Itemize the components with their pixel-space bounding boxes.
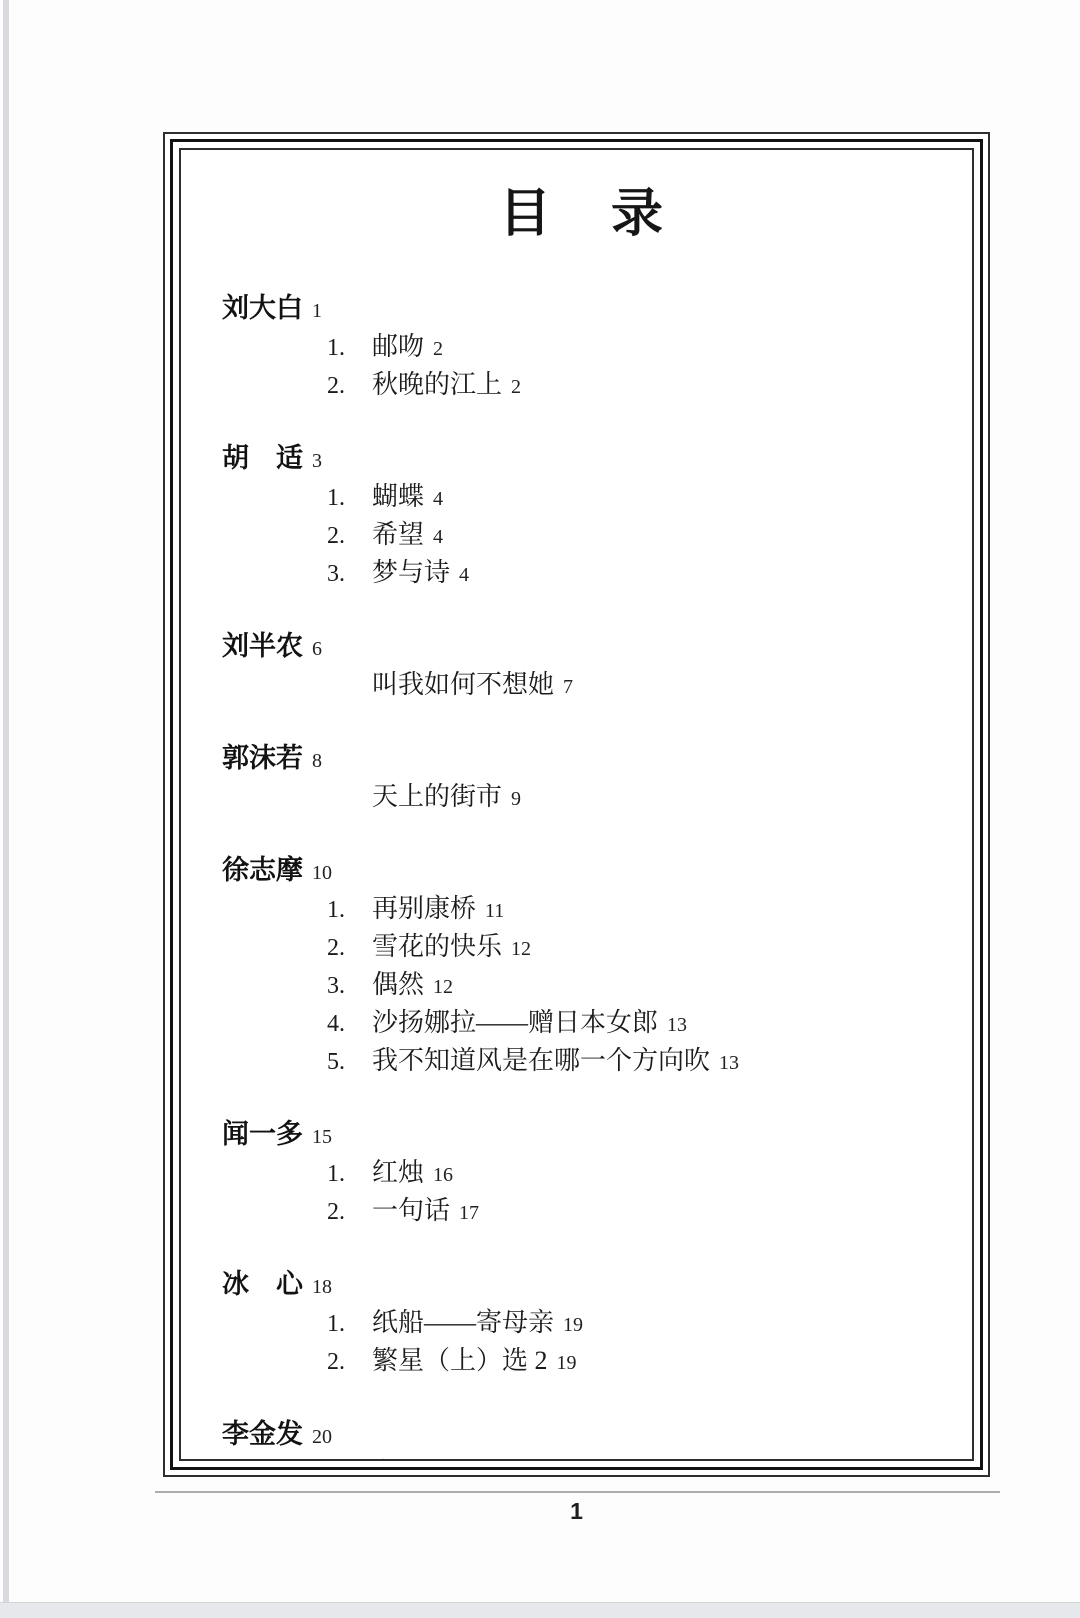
author-name: 刘大白 — [222, 293, 303, 323]
author-name: 徐志摩 — [222, 855, 303, 885]
author-name: 李金发 — [222, 1419, 303, 1449]
poem-number: 2. — [327, 369, 372, 403]
page-bottom-edge-shadow — [0, 1602, 1080, 1618]
toc-section: 冰 心18 1.纸船——寄母亲19 2.繁星（上）选 219 — [222, 1267, 944, 1382]
author-line: 刘半农6 — [222, 629, 944, 668]
poem-number: 1. — [327, 331, 372, 365]
toc-section: 徐志摩10 1.再别康桥11 2.雪花的快乐12 3.偶然12 4.沙扬娜拉——… — [222, 853, 944, 1082]
poem-title: 再别康桥 — [372, 894, 476, 923]
poem-line: 2.秋晚的江上2 — [222, 368, 944, 406]
poem-page-number: 12 — [433, 976, 453, 998]
toc-section: 李金发20 春城21 — [222, 1417, 944, 1461]
poem-line: 3.梦与诗4 — [222, 556, 944, 594]
toc-section: 刘半农6 叫我如何不想她7 — [222, 629, 944, 706]
toc-frame-middle-border: 目 录 刘大白1 1.邮吻2 2.秋晚的江上2 胡 适3 1.蝴蝶4 2.希望4… — [170, 139, 983, 1470]
author-line: 闻一多15 — [222, 1117, 944, 1156]
toc-section: 胡 适3 1.蝴蝶4 2.希望4 3.梦与诗4 — [222, 441, 944, 594]
poem-page-number: 19 — [557, 1352, 577, 1374]
poem-title: 梦与诗 — [372, 558, 450, 587]
author-page-number: 20 — [312, 1426, 332, 1448]
author-line: 刘大白1 — [222, 291, 944, 330]
author-page-number: 6 — [312, 638, 322, 660]
poem-title: 天上的街市 — [372, 782, 502, 811]
author-line: 徐志摩10 — [222, 853, 944, 892]
poem-title: 蝴蝶 — [372, 482, 424, 511]
author-line: 胡 适3 — [222, 441, 944, 480]
toc-frame: 目 录 刘大白1 1.邮吻2 2.秋晚的江上2 胡 适3 1.蝴蝶4 2.希望4… — [163, 132, 990, 1477]
poem-title: 雪花的快乐 — [372, 932, 502, 961]
author-page-number: 15 — [312, 1126, 332, 1148]
poem-title: 春城 — [372, 1458, 424, 1461]
author-name: 郭沫若 — [222, 743, 303, 773]
poem-page-number: 19 — [563, 1314, 583, 1336]
poem-line: 1.蝴蝶4 — [222, 480, 944, 518]
poem-line: 2.一句话17 — [222, 1194, 944, 1232]
poem-title: 我不知道风是在哪一个方向吹 — [372, 1046, 710, 1075]
author-name: 冰 心 — [222, 1269, 303, 1299]
toc-list: 刘大白1 1.邮吻2 2.秋晚的江上2 胡 适3 1.蝴蝶4 2.希望4 3.梦… — [222, 291, 944, 1461]
poem-number: 4. — [327, 1007, 372, 1041]
poem-number: 1. — [327, 1307, 372, 1341]
poem-title: 红烛 — [372, 1158, 424, 1187]
poem-number: 1. — [327, 481, 372, 515]
poem-line: 1.红烛16 — [222, 1156, 944, 1194]
poem-page-number: 13 — [667, 1014, 687, 1036]
poem-page-number: 2 — [511, 376, 521, 398]
author-line: 郭沫若8 — [222, 741, 944, 780]
poem-title: 叫我如何不想她 — [372, 670, 554, 699]
poem-line: 天上的街市9 — [222, 780, 944, 818]
poem-page-number: 4 — [433, 526, 443, 548]
poem-title: 偶然 — [372, 970, 424, 999]
page-number: 1 — [163, 1498, 990, 1525]
page-left-edge-shadow — [3, 0, 9, 1618]
poem-page-number: 16 — [433, 1164, 453, 1186]
toc-section: 闻一多15 1.红烛16 2.一句话17 — [222, 1117, 944, 1232]
toc-section: 郭沫若8 天上的街市9 — [222, 741, 944, 818]
toc-title: 目 录 — [222, 187, 944, 243]
poem-page-number: 11 — [485, 900, 504, 922]
poem-line: 2.雪花的快乐12 — [222, 930, 944, 968]
poem-title: 纸船——寄母亲 — [372, 1308, 554, 1337]
poem-page-number: 2 — [433, 338, 443, 360]
poem-title: 希望 — [372, 520, 424, 549]
author-name: 刘半农 — [222, 631, 303, 661]
poem-number: 1. — [327, 893, 372, 927]
toc-frame-inner-border: 目 录 刘大白1 1.邮吻2 2.秋晚的江上2 胡 适3 1.蝴蝶4 2.希望4… — [179, 148, 974, 1461]
poem-number: 2. — [327, 1195, 372, 1229]
author-page-number: 10 — [312, 862, 332, 884]
author-line: 冰 心18 — [222, 1267, 944, 1306]
poem-title: 邮吻 — [372, 332, 424, 361]
author-page-number: 8 — [312, 750, 322, 772]
poem-title: 繁星（上）选 2 — [372, 1346, 548, 1375]
poem-line: 2.繁星（上）选 219 — [222, 1344, 944, 1382]
poem-page-number: 4 — [433, 488, 443, 510]
poem-number: 2. — [327, 1345, 372, 1379]
author-line: 李金发20 — [222, 1417, 944, 1456]
poem-line: 3.偶然12 — [222, 968, 944, 1006]
poem-line: 1.邮吻2 — [222, 330, 944, 368]
poem-page-number: 12 — [511, 938, 531, 960]
poem-line: 叫我如何不想她7 — [222, 668, 944, 706]
poem-number: 2. — [327, 519, 372, 553]
poem-page-number: 4 — [459, 564, 469, 586]
author-page-number: 18 — [312, 1276, 332, 1298]
poem-line: 1.再别康桥11 — [222, 892, 944, 930]
poem-number: 2. — [327, 931, 372, 965]
poem-page-number: 17 — [459, 1202, 479, 1224]
poem-page-number: 7 — [563, 676, 573, 698]
poem-number: 3. — [327, 557, 372, 591]
poem-number: 3. — [327, 969, 372, 1003]
poem-title: 沙扬娜拉——赠日本女郎 — [372, 1008, 658, 1037]
poem-page-number: 9 — [511, 788, 521, 810]
poem-line: 2.希望4 — [222, 518, 944, 556]
author-name: 闻一多 — [222, 1119, 303, 1149]
author-name: 胡 适 — [222, 443, 303, 473]
poem-title: 一句话 — [372, 1196, 450, 1225]
poem-number: 1. — [327, 1157, 372, 1191]
poem-line: 4.沙扬娜拉——赠日本女郎13 — [222, 1006, 944, 1044]
toc-section: 刘大白1 1.邮吻2 2.秋晚的江上2 — [222, 291, 944, 406]
poem-line: 春城21 — [222, 1456, 944, 1461]
poem-line: 1.纸船——寄母亲19 — [222, 1306, 944, 1344]
author-page-number: 1 — [312, 300, 322, 322]
poem-line: 5.我不知道风是在哪一个方向吹13 — [222, 1044, 944, 1082]
author-page-number: 3 — [312, 450, 322, 472]
poem-number: 5. — [327, 1045, 372, 1079]
poem-page-number: 13 — [719, 1052, 739, 1074]
poem-title: 秋晚的江上 — [372, 370, 502, 399]
footer-divider — [155, 1491, 1000, 1493]
